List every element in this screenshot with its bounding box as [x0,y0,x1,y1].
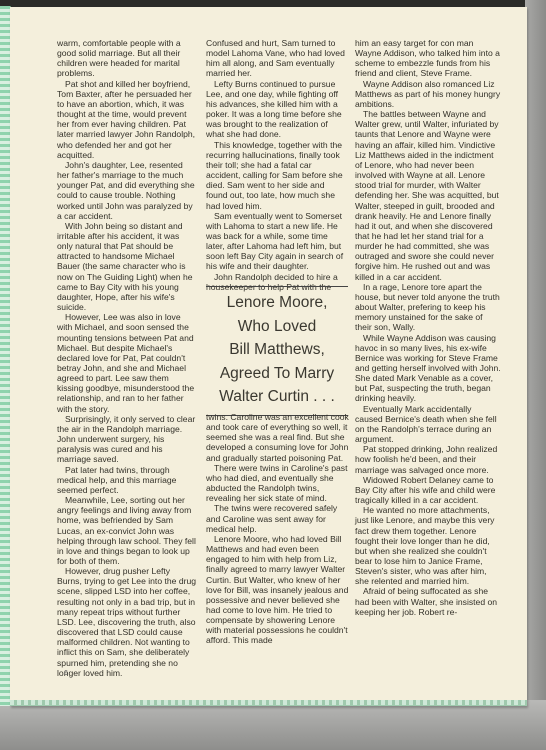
paragraph: Eventually Mark accidentally caused Bern… [355,404,501,445]
article-column-1: warm, comfortable people with a good sol… [57,38,197,678]
scan-bottom-edge [0,700,546,750]
pull-quote-line: Who Loved [206,315,348,339]
scan-right-edge [525,0,546,750]
paragraph: In a rage, Lenore tore apart the house, … [355,282,501,333]
page-bottom-edge [10,700,527,705]
paragraph: However, Lee was also in love with Micha… [57,312,197,414]
paragraph: Pat later had twins, through medical hel… [57,465,197,495]
paragraph: Pat shot and killed her boyfriend, Tom B… [57,79,197,160]
paragraph: Wayne Addison also romanced Liz Matthews… [355,79,501,109]
page-number: 6 [64,670,68,677]
paragraph: Lefty Burns continued to pursue Lee, and… [206,79,346,140]
paragraph: This knowledge, together with the recurr… [206,140,346,211]
paragraph: John's daughter, Lee, resented her fathe… [57,160,197,221]
paragraph: Lenore Moore, who had loved Bill Matthew… [206,534,350,646]
paragraph: There were twins in Caroline's past who … [206,463,350,504]
paragraph: The battles between Wayne and Walter gre… [355,109,501,282]
paragraph: Confused and hurt, Sam turned to model L… [206,38,346,79]
paragraph: While Wayne Addison was causing havoc in… [355,333,501,404]
paragraph: Afraid of being suffocated as she had be… [355,586,501,616]
paragraph: He wanted no more attachments, just like… [355,505,501,586]
pull-quote-line: Bill Matthews, [206,338,348,362]
paragraph: With John being so distant and irritable… [57,221,197,312]
paragraph: Pat stopped drinking, John realized how … [355,444,501,474]
paragraph: Widowed Robert Delaney came to Bay City … [355,475,501,505]
article-column-2-continued: twins. Caroline was an excellent cook an… [206,412,350,646]
paragraph: Meanwhile, Lee, sorting out her angry fe… [57,495,197,566]
paragraph: Surprisingly, it only served to clear th… [57,414,197,465]
article-column-2: Confused and hurt, Sam turned to model L… [206,38,346,292]
pull-quote: Lenore Moore, Who Loved Bill Matthews, A… [206,286,348,416]
paragraph: However, drug pusher Lefty Burns, trying… [57,566,197,678]
pull-quote-line: Walter Curtin . . . [206,385,348,409]
pull-quote-line: Agreed To Marry [206,362,348,386]
paragraph: twins. Caroline was an excellent cook an… [206,412,350,463]
paragraph: The twins were recovered safely and Caro… [206,503,350,533]
article-column-3: him an easy target for con man Wayne Add… [355,38,501,617]
pull-quote-line: Lenore Moore, [206,291,348,315]
paragraph: him an easy target for con man Wayne Add… [355,38,501,79]
paragraph: warm, comfortable people with a good sol… [57,38,197,79]
paragraph: Sam eventually went to Somerset with Lah… [206,211,346,272]
